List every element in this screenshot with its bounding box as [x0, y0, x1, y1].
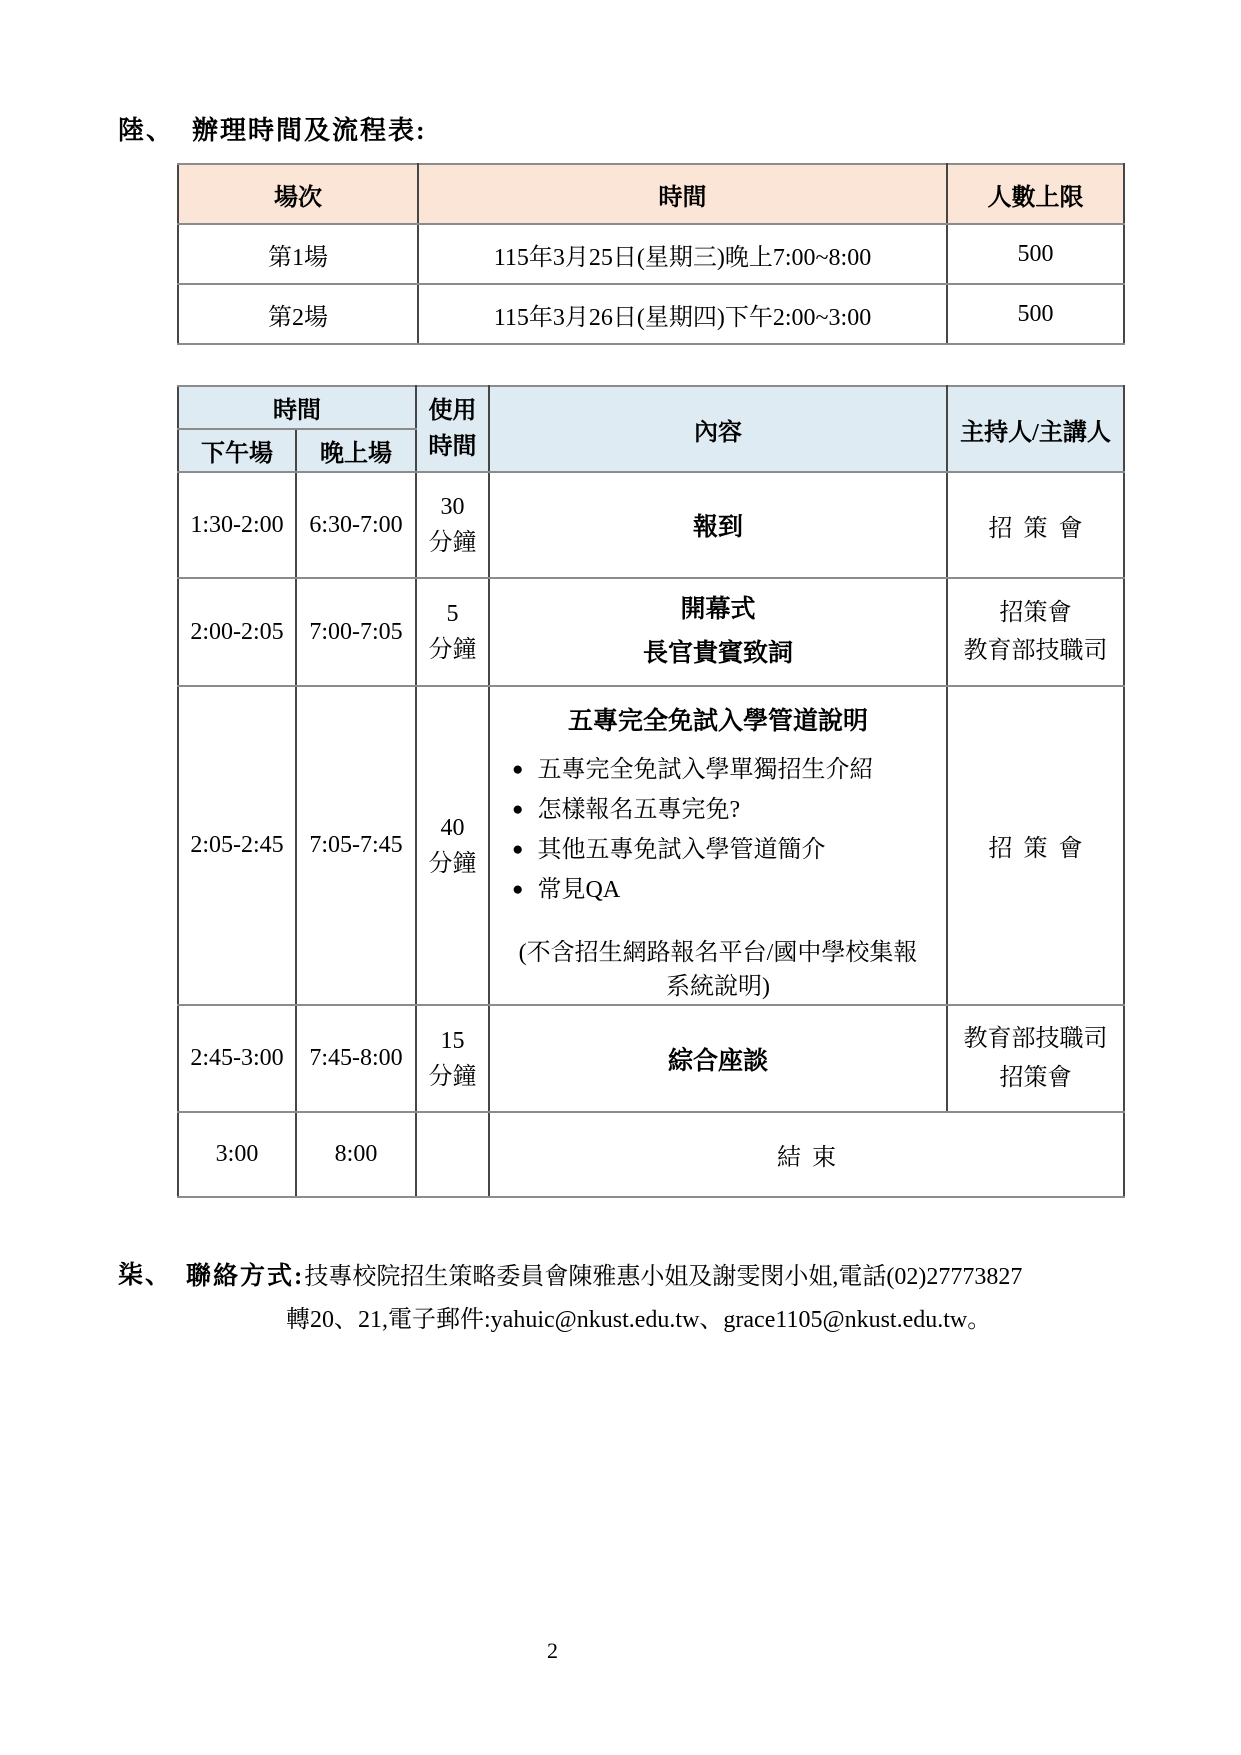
limit-col-header: 人數上限 — [947, 164, 1124, 224]
content-cell: 開幕式 長官貴賓致詞 — [489, 578, 947, 686]
content-cell: 五專完全免試入學管道說明 ●五專完全免試入學單獨招生介紹 ●怎樣報名五專完免? … — [489, 686, 947, 1005]
bullet-item: ●常見QA — [512, 871, 946, 911]
content-bullet-list: ●五專完全免試入學單獨招生介紹 ●怎樣報名五專完免? ●其他五專免試入學管道簡介… — [490, 751, 946, 911]
session-table-header-row: 場次 時間 人數上限 — [178, 164, 1124, 224]
document-page: 陸、辦理時間及流程表: 場次 時間 人數上限 第1場 115年3月25日(星期三… — [0, 0, 1241, 1755]
time-cell: 115年3月26日(星期四)下午2:00~3:00 — [418, 284, 947, 344]
agenda-row-end: 3:00 8:00 結束 — [178, 1112, 1124, 1197]
section-7-contact: 柒、 聯絡方式:技專校院招生策略委員會陳雅惠小姐及謝雯閔小姐,電話(02)277… — [118, 1255, 1022, 1342]
bullet-text: 其他五專免試入學管道簡介 — [537, 831, 825, 869]
contact-line-1: 聯絡方式:技專校院招生策略委員會陳雅惠小姐及謝雯閔小姐,電話(02)277738… — [186, 1255, 1022, 1299]
duration-header: 使用 時間 — [416, 386, 489, 472]
duration-cell — [416, 1112, 489, 1197]
bullet-text: 五專完全免試入學單獨招生介紹 — [537, 751, 873, 789]
agenda-header-row-1: 時間 使用 時間 內容 主持人/主講人 — [178, 386, 1124, 429]
agenda-row-checkin: 1:30-2:00 6:30-7:00 30 分鐘 報到 招策會 — [178, 472, 1124, 578]
duration-cell: 15 分鐘 — [416, 1005, 489, 1112]
limit-cell: 500 — [947, 284, 1124, 344]
afternoon-time-cell: 1:30-2:00 — [178, 472, 296, 578]
content-note: (不含招生網路報名平台/國中學校集報 系統說明) — [490, 937, 946, 1004]
evening-time-cell: 7:00-7:05 — [296, 578, 416, 686]
bullet-dot-icon: ● — [512, 751, 523, 789]
agenda-row-presentation: 2:05-2:45 7:05-7:45 40 分鐘 五專完全免試入學管道說明 ●… — [178, 686, 1124, 1005]
contact-line-2: 轉20、21,電子郵件:yahuic@nkust.edu.tw、grace110… — [286, 1299, 1022, 1342]
agenda-table: 時間 使用 時間 內容 主持人/主講人 下午場 晚上場 1:30-2:00 6:… — [177, 385, 1125, 1198]
session-row-1: 第1場 115年3月25日(星期三)晚上7:00~8:00 500 — [178, 224, 1124, 284]
time-col-header: 時間 — [418, 164, 947, 224]
bullet-item: ●五專完全免試入學單獨招生介紹 — [512, 751, 946, 791]
content-cell: 報到 — [489, 472, 947, 578]
evening-time-cell: 8:00 — [296, 1112, 416, 1197]
content-title: 五專完全免試入學管道說明 — [490, 701, 946, 737]
session-row-2: 第2場 115年3月26日(星期四)下午2:00~3:00 500 — [178, 284, 1124, 344]
limit-cell: 500 — [947, 224, 1124, 284]
content-header: 內容 — [489, 386, 947, 472]
bullet-dot-icon: ● — [512, 871, 523, 909]
host-cell: 招策會 教育部技職司 — [947, 578, 1124, 686]
host-cell: 招策會 — [947, 686, 1124, 1005]
bullet-item: ●怎樣報名五專完免? — [512, 791, 946, 831]
contact-label: 聯絡方式: — [186, 1263, 304, 1290]
bullet-item: ●其他五專免試入學管道簡介 — [512, 831, 946, 871]
session-cell: 第2場 — [178, 284, 418, 344]
bullet-dot-icon: ● — [512, 791, 523, 829]
evening-time-cell: 7:45-8:00 — [296, 1005, 416, 1112]
host-cell: 教育部技職司 招策會 — [947, 1005, 1124, 1112]
time-group-header: 時間 — [178, 386, 416, 429]
afternoon-time-cell: 2:45-3:00 — [178, 1005, 296, 1112]
page-number: 2 — [0, 1638, 1105, 1664]
session-col-header: 場次 — [178, 164, 418, 224]
host-header: 主持人/主講人 — [947, 386, 1124, 472]
evening-session-header: 晚上場 — [296, 429, 416, 472]
duration-cell: 30 分鐘 — [416, 472, 489, 578]
duration-cell: 40 分鐘 — [416, 686, 489, 1005]
section-6-numeral: 陸、 — [118, 116, 174, 145]
duration-cell: 5 分鐘 — [416, 578, 489, 686]
agenda-row-panel: 2:45-3:00 7:45-8:00 15 分鐘 綜合座談 教育部技職司 招策… — [178, 1005, 1124, 1112]
content-title: 開幕式 長官貴賓致詞 — [490, 588, 946, 676]
session-table: 場次 時間 人數上限 第1場 115年3月25日(星期三)晚上7:00~8:00… — [177, 163, 1125, 345]
bullet-text: 常見QA — [537, 871, 620, 909]
contact-body: 聯絡方式:技專校院招生策略委員會陳雅惠小姐及謝雯閔小姐,電話(02)277738… — [186, 1255, 1022, 1342]
afternoon-time-cell: 2:05-2:45 — [178, 686, 296, 1005]
evening-time-cell: 6:30-7:00 — [296, 472, 416, 578]
contact-text-1: 技專校院招生策略委員會陳雅惠小姐及謝雯閔小姐,電話(02)27773827 — [304, 1264, 1022, 1290]
host-cell: 招策會 — [947, 472, 1124, 578]
bullet-dot-icon: ● — [512, 831, 523, 869]
afternoon-time-cell: 3:00 — [178, 1112, 296, 1197]
section-6-heading: 陸、辦理時間及流程表: — [118, 110, 427, 147]
afternoon-session-header: 下午場 — [178, 429, 296, 472]
evening-time-cell: 7:05-7:45 — [296, 686, 416, 1005]
afternoon-time-cell: 2:00-2:05 — [178, 578, 296, 686]
content-title: 綜合座談 — [490, 1041, 946, 1077]
bullet-text: 怎樣報名五專完免? — [537, 791, 740, 829]
agenda-row-opening: 2:00-2:05 7:00-7:05 5 分鐘 開幕式 長官貴賓致詞 招策會 … — [178, 578, 1124, 686]
section-6-title: 辦理時間及流程表: — [192, 116, 427, 145]
session-cell: 第1場 — [178, 224, 418, 284]
content-cell: 結束 — [489, 1112, 1124, 1197]
content-cell: 綜合座談 — [489, 1005, 947, 1112]
content-title: 報到 — [490, 507, 946, 543]
time-cell: 115年3月25日(星期三)晚上7:00~8:00 — [418, 224, 947, 284]
section-7-numeral: 柒、 — [118, 1255, 172, 1342]
